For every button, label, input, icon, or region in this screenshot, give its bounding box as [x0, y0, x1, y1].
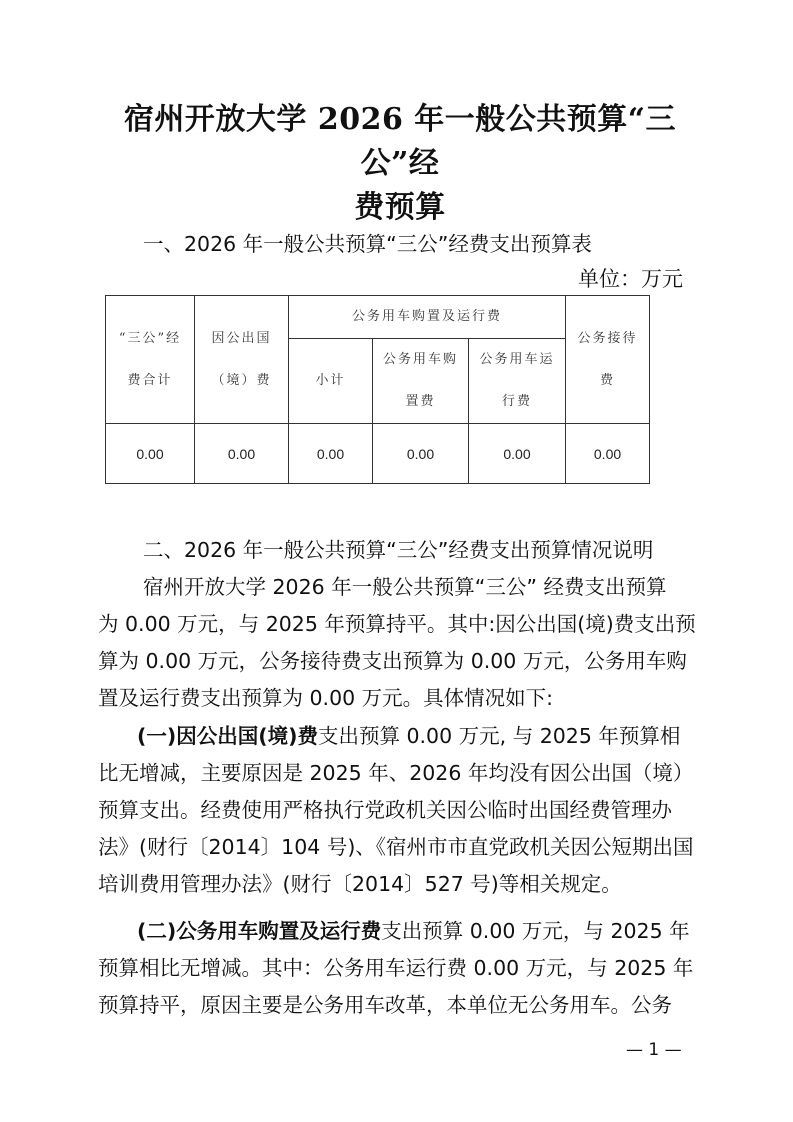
section1-heading: 一、2026 年一般公共预算“三公”经费支出预算表	[143, 230, 592, 258]
header-abroad: 因公出国 （境）费	[195, 296, 289, 424]
header-subtotal: 小计	[289, 339, 373, 424]
header-reception: 公务接待 费	[566, 296, 650, 424]
item1-line: 比无增减，主要原因是 2025 年、2026 年均没有因公出国（境）	[98, 759, 693, 787]
item1-label: (一)因公出国(境)费	[137, 724, 318, 748]
item2-line: 预算相比无增减。其中：公务用车运行费 0.00 万元，与 2025 年	[98, 954, 693, 982]
paragraph1-line: 算为 0.00 万元，公务接待费支出预算为 0.00 万元，公务用车购	[98, 647, 687, 675]
unit-label: 单位：万元	[578, 265, 683, 293]
header-total: “三公”经 费合计	[106, 296, 195, 424]
header-vehicle-purchase: 公务用车购 置费	[373, 339, 469, 424]
budget-table: “三公”经 费合计 因公出国 （境）费 公务用车购置及运行费 公务接待 费 小计…	[105, 295, 650, 484]
item2-line: 预算持平，原因主要是公务用车改革，本单位无公务用车。公务	[98, 991, 672, 1019]
paragraph1-line: 宿州开放大学 2026 年一般公共预算“三公” 经费支出预算	[143, 573, 666, 601]
header-vehicle-operation: 公务用车运 行费	[469, 339, 566, 424]
cell-abroad: 0.00	[195, 424, 289, 484]
document-title: 宿州开放大学 2026 年一般公共预算“三公”经 费预算	[95, 98, 705, 230]
item2-first-line: (二)公务用车购置及运行费支出预算 0.00 万元，与 2025 年	[137, 917, 690, 945]
section2-heading: 二、2026 年一般公共预算“三公”经费支出预算情况说明	[143, 536, 653, 564]
item2-label: (二)公务用车购置及运行费	[137, 919, 381, 943]
table-row: 0.00 0.00 0.00 0.00 0.00 0.00	[106, 424, 650, 484]
cell-reception: 0.00	[566, 424, 650, 484]
title-line-1: 宿州开放大学 2026 年一般公共预算“三公”经	[95, 98, 705, 186]
header-vehicle-group: 公务用车购置及运行费	[289, 296, 566, 339]
item1-line: 预算支出。经费使用严格执行党政机关因公临时出国经费管理办	[98, 796, 672, 824]
item1-line: 法》(财行〔2014〕104 号)、《宿州市市直党政机关因公短期出国	[98, 833, 694, 861]
cell-subtotal: 0.00	[289, 424, 373, 484]
item1-line: 培训费用管理办法》(财行〔2014〕527 号)等相关规定。	[98, 870, 622, 898]
cell-vehicle-operation: 0.00	[469, 424, 566, 484]
title-line-2: 费预算	[95, 186, 705, 230]
paragraph1-line: 为 0.00 万元，与 2025 年预算持平。其中:因公出国(境)费支出预	[98, 610, 696, 638]
page-number: — 1 —	[626, 1038, 682, 1062]
cell-vehicle-purchase: 0.00	[373, 424, 469, 484]
item1-first-line: (一)因公出国(境)费支出预算 0.00 万元, 与 2025 年预算相	[137, 722, 680, 750]
cell-total: 0.00	[106, 424, 195, 484]
paragraph1-line: 置及运行费支出预算为 0.00 万元。具体情况如下:	[98, 684, 553, 712]
